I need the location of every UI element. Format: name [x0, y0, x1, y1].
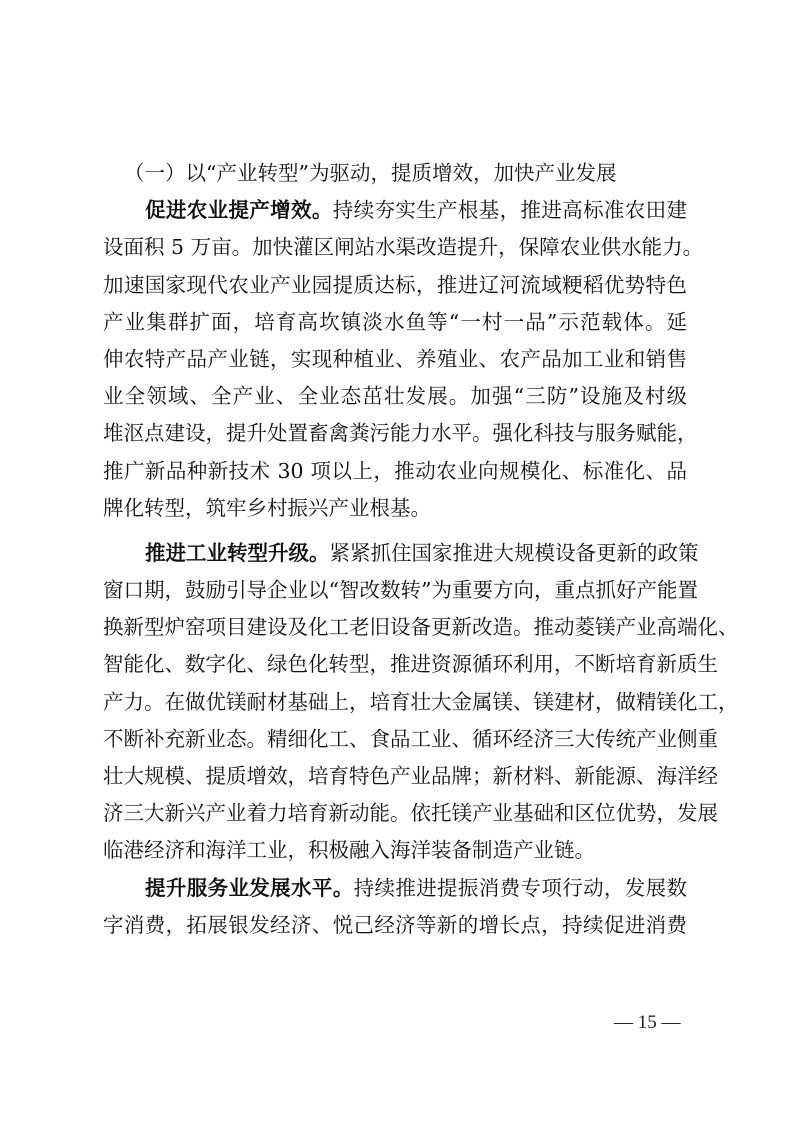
paragraph-line: 壮大规模、提质增效，培育特色产业品牌；新材料、新能源、海洋经 — [103, 758, 687, 795]
paragraph-line: 换新型炉窑项目建设及化工老旧设备更新改造。推动菱镁产业高端化、 — [103, 609, 687, 646]
paragraph-line: 推广新品种新技术 30 项以上，推动农业向规模化、标准化、品 — [103, 453, 687, 490]
paragraph-line: 设面积 5 万亩。加快灌区闸站水渠改造提升，保障农业供水能力。 — [103, 229, 687, 266]
document-page-body: （一）以“产业转型”为驱动，提质增效，加快产业发展 促进农业提产增效。持续夯实生… — [103, 155, 687, 944]
paragraph-line: 字消费，拓展银发经济、悦己经济等新的增长点，持续促进消费 — [103, 907, 687, 944]
paragraph-spacer — [103, 527, 687, 535]
paragraph-line: 加速国家现代农业产业园提质达标，推进辽河流域粳稻优势特色 — [103, 267, 687, 304]
paragraph-line: 业全领域、全产业、全业态茁壮发展。加强“三防”设施及村级 — [103, 378, 687, 415]
paragraph-text: 持续推进提振消费专项行动，发展数 — [354, 876, 687, 900]
paragraph-line: 济三大新兴产业着力培育新动能。依托镁产业基础和区位优势，发展 — [103, 795, 687, 832]
paragraph-lead-title: 提升服务业发展水平。 — [145, 876, 354, 900]
paragraph-line: 智能化、数字化、绿色化转型，推进资源循环利用，不断培育新质生 — [103, 646, 687, 683]
paragraph-lead-title: 促进农业提产增效。 — [145, 198, 333, 222]
paragraph-text: 持续夯实生产根基，推进高标准农田建 — [333, 198, 687, 222]
paragraph-line: 伸农特产品产业链，实现种植业、养殖业、农产品加工业和销售 — [103, 341, 687, 378]
paragraph-agriculture: 促进农业提产增效。持续夯实生产根基，推进高标准农田建 设面积 5 万亩。加快灌区… — [103, 192, 687, 527]
paragraph-first-line: 促进农业提产增效。持续夯实生产根基，推进高标准农田建 — [103, 192, 687, 229]
section-heading: （一）以“产业转型”为驱动，提质增效，加快产业发展 — [103, 155, 687, 192]
paragraph-services: 提升服务业发展水平。持续推进提振消费专项行动，发展数 字消费，拓展银发经济、悦己… — [103, 870, 687, 944]
paragraph-line: 窗口期，鼓励引导企业以“智改数转”为重要方向，重点抓好产能置 — [103, 572, 687, 609]
paragraph-line: 不断补充新业态。精细化工、食品工业、循环经济三大传统产业侧重 — [103, 721, 687, 758]
paragraph-lead-title: 推进工业转型升级。 — [145, 541, 330, 565]
paragraph-line: 产业集群扩面，培育高坎镇淡水鱼等“一村一品”示范载体。延 — [103, 304, 687, 341]
paragraph-text: 紧紧抓住国家推进大规模设备更新的政策 — [330, 541, 699, 565]
paragraph-first-line: 推进工业转型升级。紧紧抓住国家推进大规模设备更新的政策 — [103, 535, 687, 572]
paragraph-line: 产力。在做优镁耐材基础上，培育壮大金属镁、镁建材，做精镁化工， — [103, 684, 687, 721]
page-number: — 15 — — [614, 1012, 681, 1034]
paragraph-line: 临港经济和海洋工业，积极融入海洋装备制造产业链。 — [103, 832, 687, 869]
paragraph-first-line: 提升服务业发展水平。持续推进提振消费专项行动，发展数 — [103, 870, 687, 907]
paragraph-line: 堆沤点建设，提升处置畜禽粪污能力水平。强化科技与服务赋能， — [103, 415, 687, 452]
paragraph-industry: 推进工业转型升级。紧紧抓住国家推进大规模设备更新的政策 窗口期，鼓励引导企业以“… — [103, 535, 687, 870]
paragraph-line: 牌化转型，筑牢乡村振兴产业根基。 — [103, 490, 687, 527]
